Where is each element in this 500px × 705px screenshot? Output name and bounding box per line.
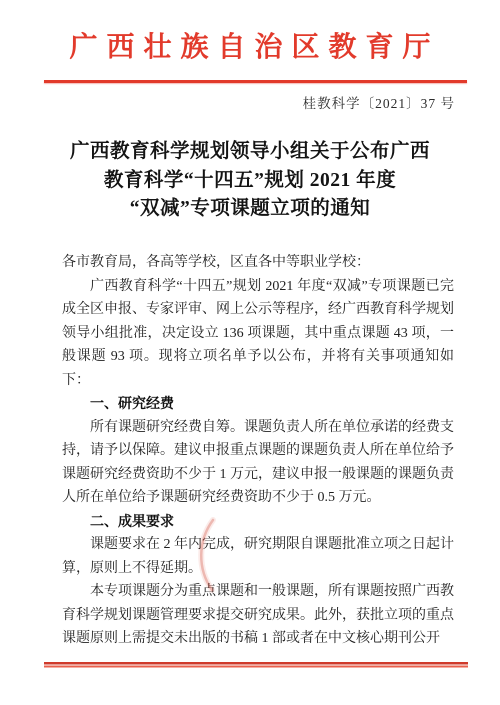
section1-heading: 一、研究经费 bbox=[62, 392, 454, 416]
notice-title-line-1: 广西教育科学规划领导小组关于公布广西 bbox=[0, 138, 500, 167]
notice-title-line-3: “双减”专项课题立项的通知 bbox=[0, 195, 500, 224]
notice-body: 各市教育局，各高等学校，区直各中等职业学校： 广西教育科学“十四五”规划 202… bbox=[62, 251, 454, 653]
section2-paragraph-1: 课题要求在 2 年内完成，研究期限自课题批准立项之日起计算，原则上不得延期。 bbox=[62, 533, 454, 580]
notice-title: 广西教育科学规划领导小组关于公布广西 教育科学“十四五”规划 2021 年度 “… bbox=[0, 138, 500, 224]
letterhead-org-name: 广西壮族自治区教育厅 bbox=[0, 30, 500, 66]
doc-number: 桂教科学〔2021〕37 号 bbox=[303, 92, 455, 112]
letterhead-divider bbox=[44, 80, 467, 83]
salutation: 各市教育局，各高等学校，区直各中等职业学校： bbox=[62, 251, 454, 275]
footer-divider bbox=[44, 662, 468, 668]
section1-paragraph: 所有课题研究经费自筹。课题负责人所在单位承诺的经费支持，请予以保障。建议申报重点… bbox=[62, 416, 454, 510]
notice-title-line-2: 教育科学“十四五”规划 2021 年度 bbox=[0, 167, 500, 196]
intro-paragraph: 广西教育科学“十四五”规划 2021 年度“双减”专项课题已完成全区申报、专家评… bbox=[62, 275, 454, 393]
section2-heading: 二、成果要求 bbox=[62, 510, 454, 534]
document-page: 广西壮族自治区教育厅 桂教科学〔2021〕37 号 广西教育科学规划领导小组关于… bbox=[0, 0, 500, 705]
section2-paragraph-2: 本专项课题分为重点课题和一般课题，所有课题按照广西教育科学规划课题管理要求提交研… bbox=[62, 580, 454, 651]
